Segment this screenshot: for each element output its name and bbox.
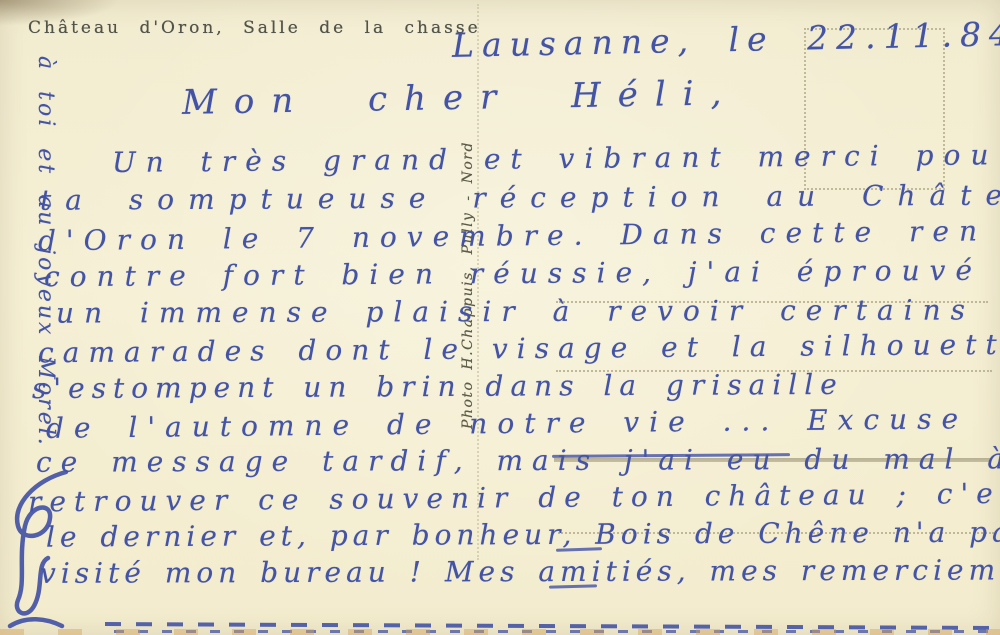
handwritten-line: contre fort bien réussie, j'ai éprouvé <box>44 254 982 294</box>
handwritten-line: le dernier et, par bonheur, Bois de Chên… <box>46 515 1000 553</box>
postcard-back: Château d'Oron, Salle de la chasse Photo… <box>0 0 1000 635</box>
handwritten-line: s'estompent un brin dans la grisaille <box>32 368 844 405</box>
scan-edge-smudges <box>0 629 1000 635</box>
handwritten-line: camarades dont le visage et la silhouett… <box>38 328 1000 370</box>
handwritten-margin-note: à toi et au joyeux Morel. <box>33 56 58 448</box>
handwritten-line: un immense plaisir à revoir certains <box>56 293 975 329</box>
handwritten-line: de l'automne de notre vie ... Excuse <box>46 402 968 445</box>
handwritten-line: visité mon bureau ! Mes amitiés, mes rem… <box>40 553 1000 590</box>
handwritten-line: retrouver ce souvenir de ton château ; c… <box>28 477 1000 519</box>
printed-caption: Château d'Oron, Salle de la chasse <box>28 18 481 38</box>
handwritten-line: d'Oron le 7 novembre. Dans cette ren — <box>38 214 1000 258</box>
handwritten-line: ta somptueuse réception au Château <box>40 178 1000 216</box>
handwritten-line: ce message tardif, mais j'ai eu du mal à <box>36 442 1000 478</box>
handwritten-greeting: Mon cher Héli, <box>182 73 739 123</box>
signature-flourish <box>2 466 92 634</box>
